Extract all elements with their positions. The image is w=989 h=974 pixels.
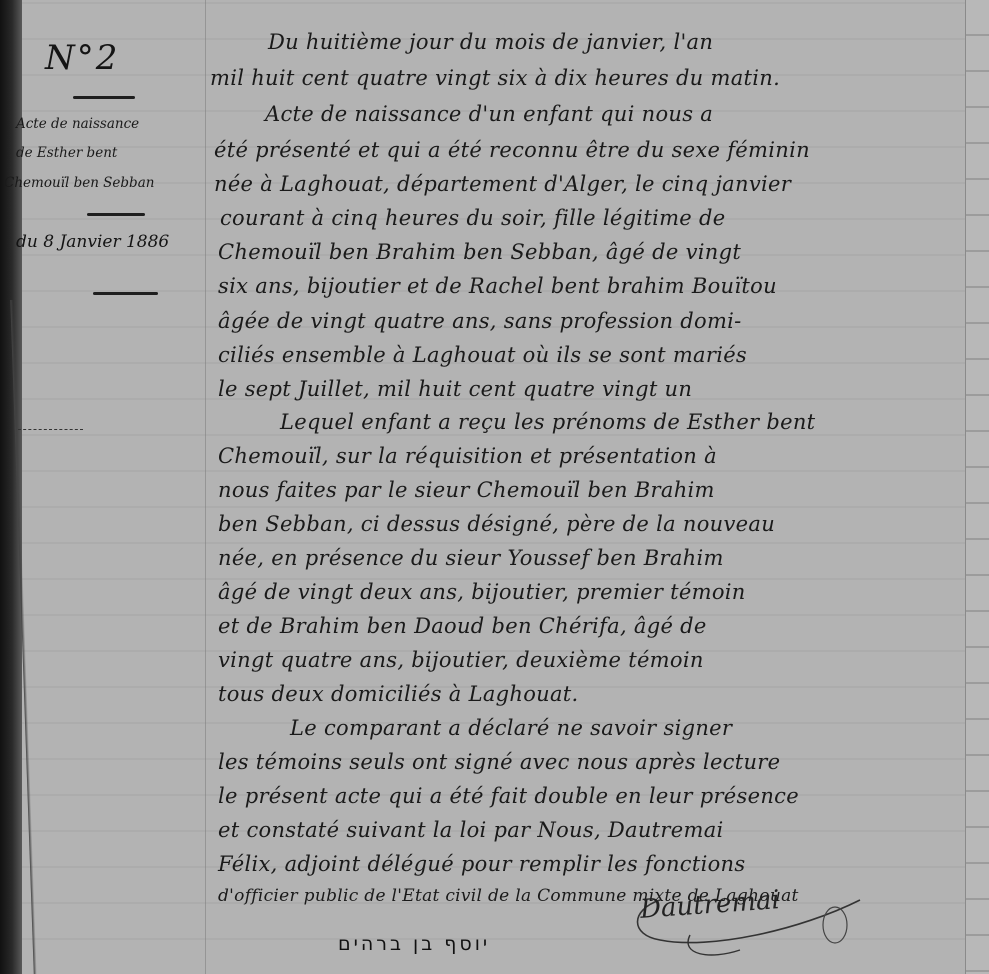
text-line: ben Sebban, ci dessus désigné, père de l… xyxy=(218,512,775,536)
divider-rule xyxy=(93,292,158,295)
entry-number: N°2 xyxy=(45,38,119,78)
margin-title-line: de Esther bent xyxy=(16,145,216,161)
text-line: née à Laghouat, département d'Alger, le … xyxy=(214,172,791,196)
margin-title-line: Acte de naissance xyxy=(16,116,216,132)
text-line: tous deux domiciliés à Laghouat. xyxy=(218,682,579,706)
text-line: Du huitième jour du mois de janvier, l'a… xyxy=(268,30,713,54)
text-line: âgé de vingt deux ans, bijoutier, premie… xyxy=(218,580,746,604)
text-line: âgée de vingt quatre ans, sans professio… xyxy=(218,309,742,333)
text-line: née, en présence du sieur Youssef ben Br… xyxy=(218,546,724,570)
text-line: six ans, bijoutier et de Rachel bent bra… xyxy=(218,274,777,298)
text-line: Acte de naissance d'un enfant qui nous a xyxy=(265,102,713,126)
text-line: été présenté et qui a été reconnu être d… xyxy=(214,138,810,162)
text-line: et de Brahim ben Daoud ben Chérifa, âgé … xyxy=(218,614,707,638)
hebrew-name-stamp: יוסף בן ברהים xyxy=(338,933,490,955)
text-line: ciliés ensemble à Laghouat où ils se son… xyxy=(218,343,747,367)
margin-dash-mark xyxy=(18,429,83,431)
divider-rule xyxy=(87,213,145,216)
divider-rule xyxy=(73,96,135,99)
text-line: vingt quatre ans, bijoutier, deuxième té… xyxy=(218,648,704,672)
margin-annotation: N°2 Acte de naissance de Esther bent Che… xyxy=(0,0,205,300)
text-line: Chemouïl ben Brahim ben Sebban, âgé de v… xyxy=(218,240,741,264)
text-line: Chemouïl, sur la réquisition et présenta… xyxy=(218,444,717,468)
text-line: le présent acte qui a été fait double en… xyxy=(218,784,799,808)
text-line: et constaté suivant la loi par Nous, Dau… xyxy=(218,818,724,842)
text-line: mil huit cent quatre vingt six à dix heu… xyxy=(210,66,780,90)
adjacent-page-edge xyxy=(965,0,989,974)
register-page: N°2 Acte de naissance de Esther bent Che… xyxy=(0,0,989,974)
text-line: Lequel enfant a reçu les prénoms de Esth… xyxy=(280,410,815,434)
text-line: Le comparant a déclaré ne savoir signer xyxy=(290,716,732,740)
margin-title-line: Chemouïl ben Sebban xyxy=(4,175,204,191)
margin-date: du 8 Janvier 1886 xyxy=(16,232,169,252)
text-line: le sept Juillet, mil huit cent quatre vi… xyxy=(218,377,692,401)
text-line: les témoins seuls ont signé avec nous ap… xyxy=(218,750,780,774)
text-line: courant à cinq heures du soir, fille lég… xyxy=(220,206,725,230)
text-line: Félix, adjoint délégué pour remplir les … xyxy=(218,852,745,876)
text-line: nous faites par le sieur Chemouïl ben Br… xyxy=(218,478,715,502)
